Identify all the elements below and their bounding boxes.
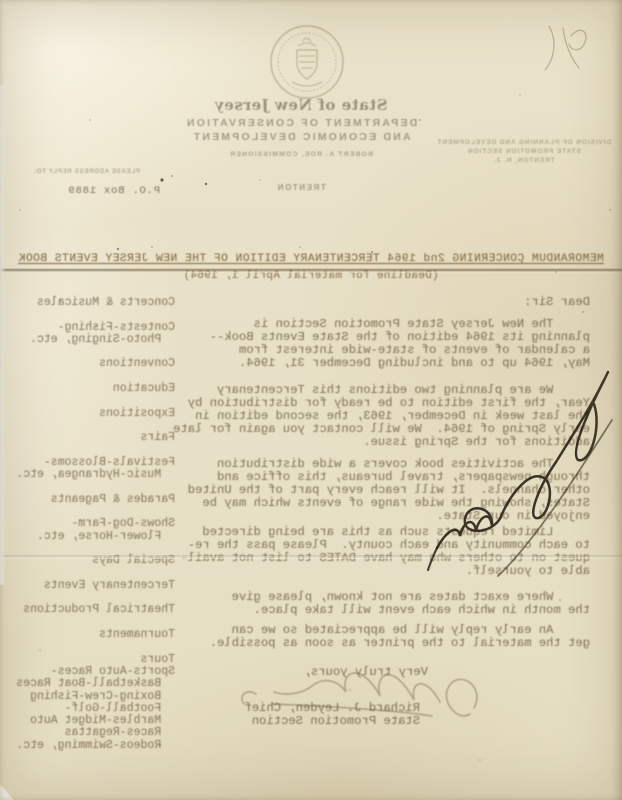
letter-scan-page: DIVISION OF PLANNING AND DEVELOPMENT STA… [0,0,622,800]
paper-edge-highlight [0,85,6,585]
foxing-specks [0,0,622,800]
paper-edge-shadow [610,0,622,800]
